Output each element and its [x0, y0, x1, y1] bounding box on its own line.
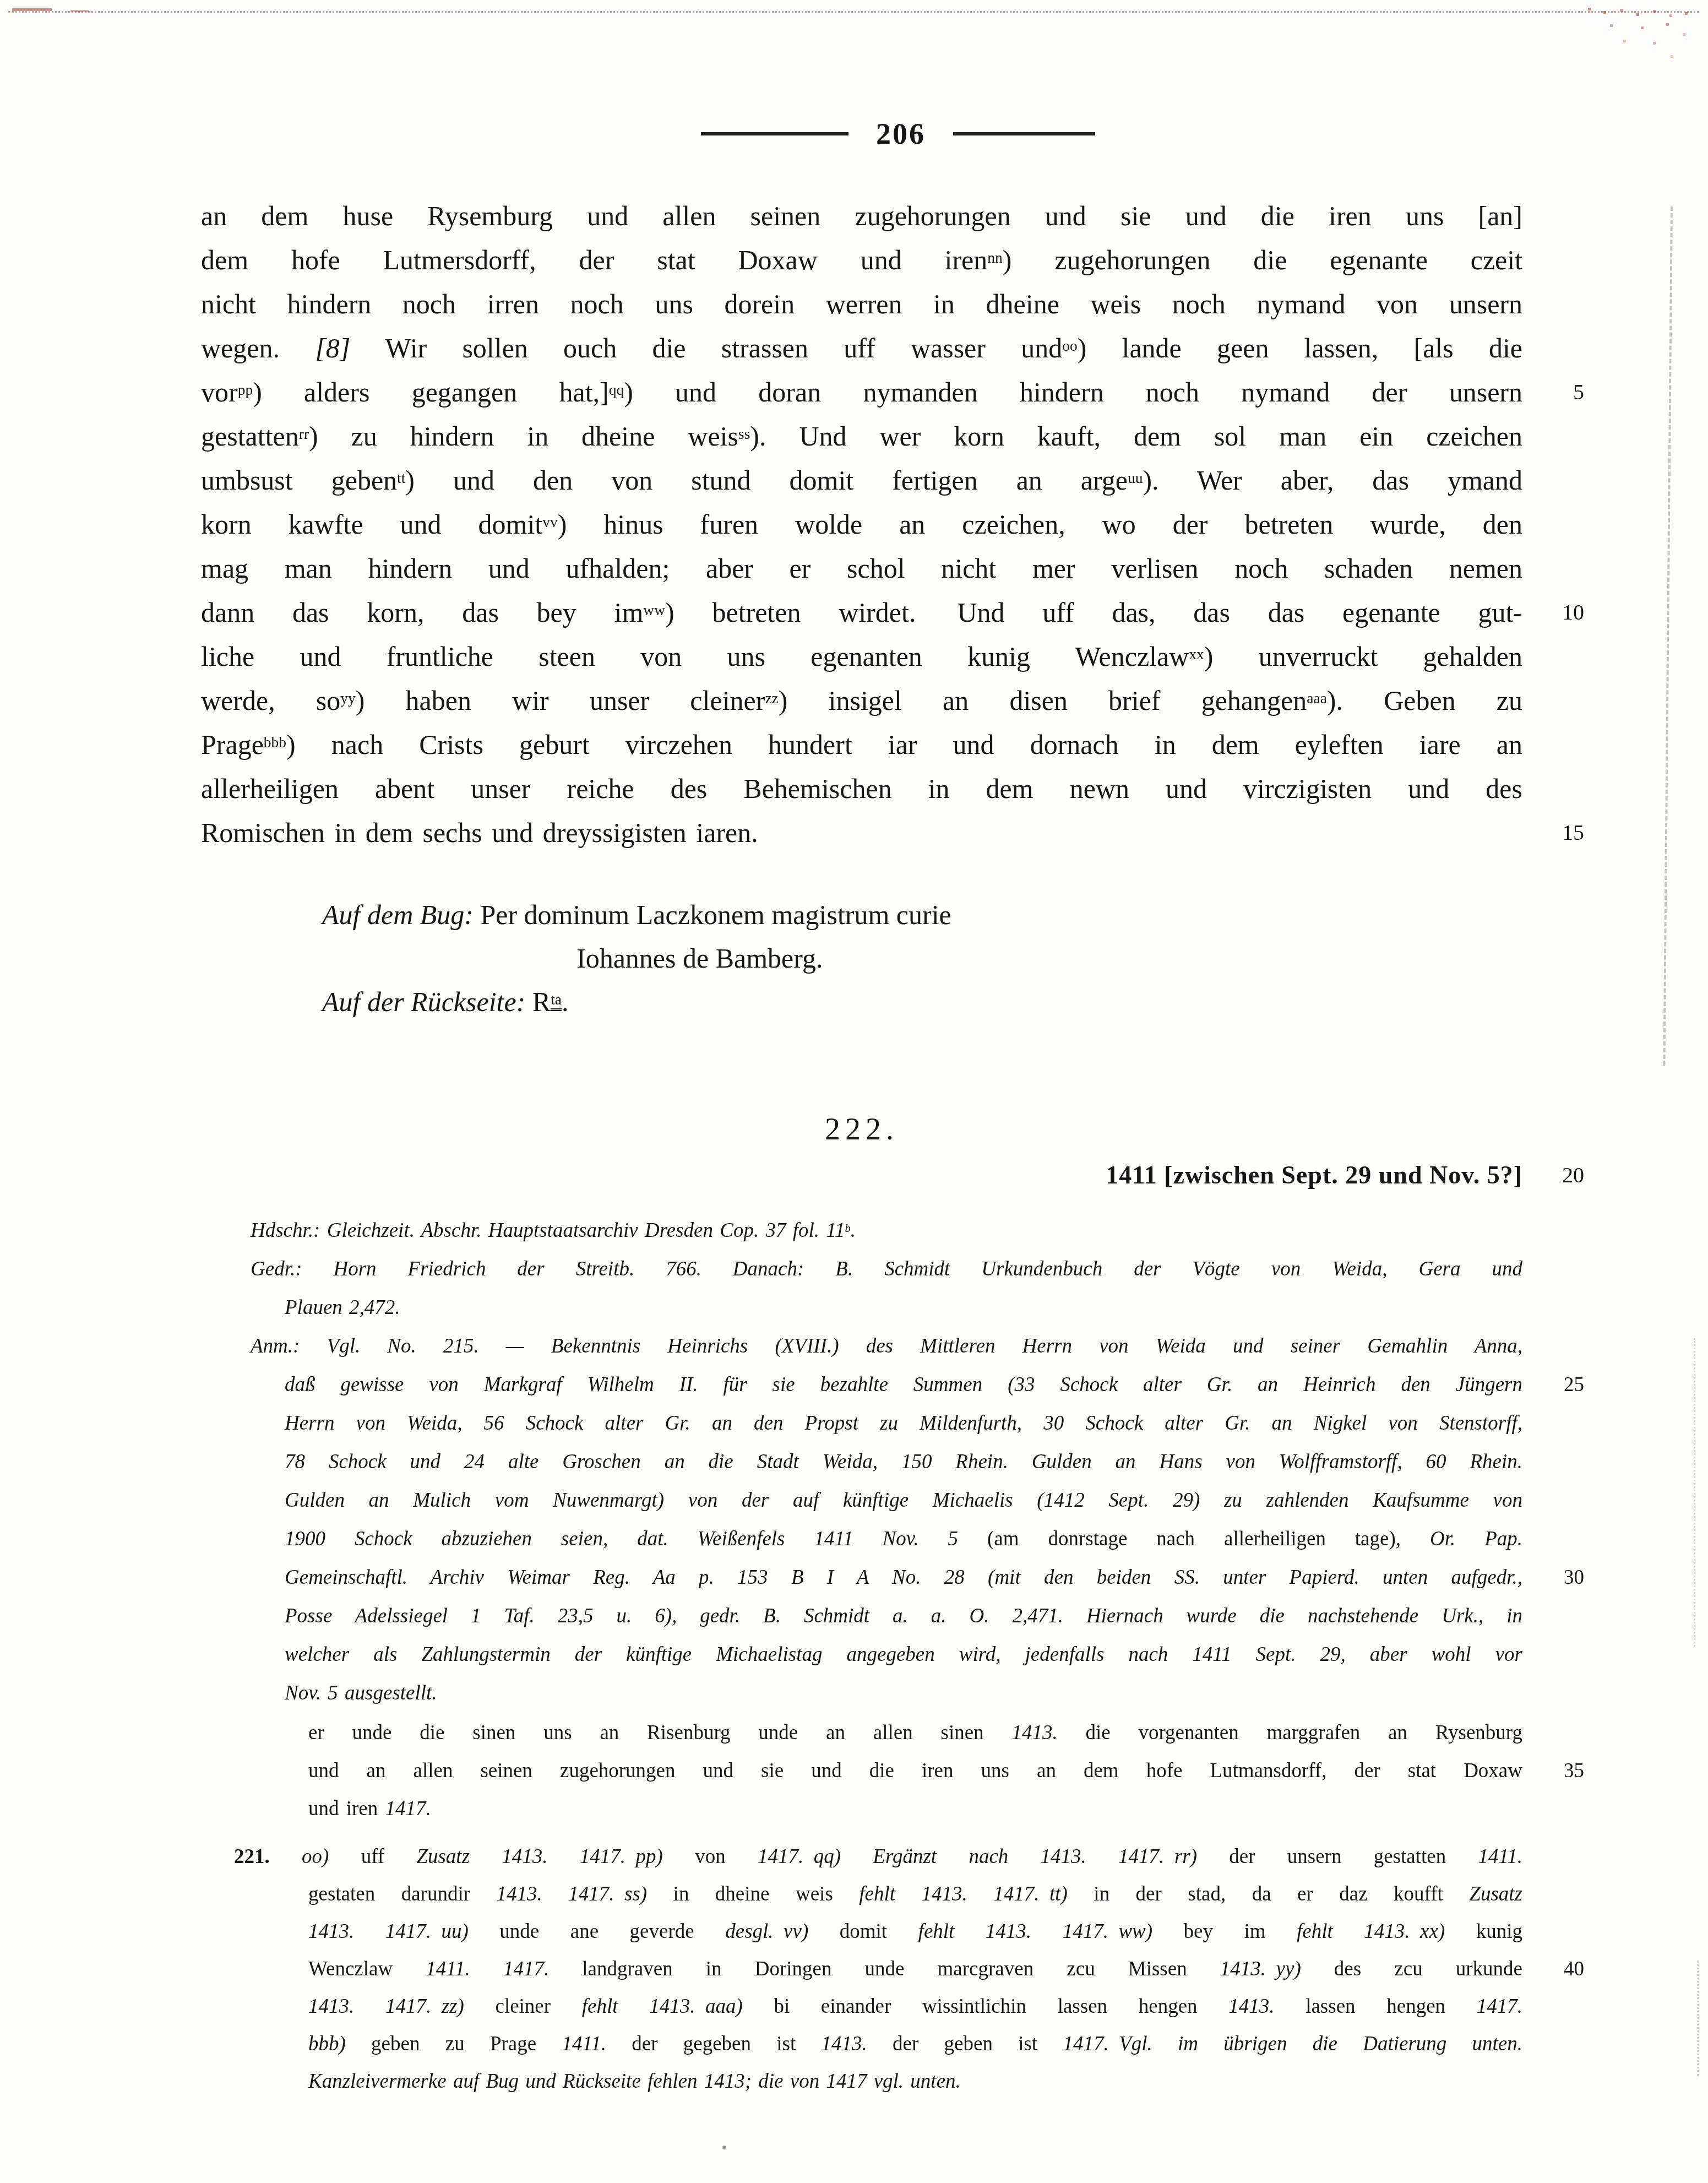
margin-line-number: 25: [1564, 1366, 1584, 1404]
text-line: allerheiligen abent unser reiche des Beh…: [201, 767, 1522, 811]
chancery-notes: Auf dem Bug: Per dominum Laczkonem magis…: [322, 893, 1533, 1024]
text-line: gestattenrr) zu hindern in dheine weisss…: [201, 414, 1522, 458]
text-line: Nov. 5 ausgestellt.: [251, 1674, 1522, 1713]
text-line: 1413. 1417. uu) unde ane geverde desgl. …: [234, 1913, 1522, 1951]
margin-line-number: 10: [1562, 590, 1584, 634]
red-pencil-mark-top-left-2: [70, 10, 89, 12]
text-line: Plauen 2,472.: [251, 1289, 1522, 1327]
margin-line-number: 15: [1562, 811, 1584, 855]
footnote-apparatus: 221. oo) uff Zusatz 1413. 1417. pp) von …: [234, 1838, 1522, 2100]
text-line: und an allen seinen zugehorungen und sie…: [308, 1752, 1522, 1790]
text-line: liche und fruntliche steen von uns egena…: [201, 634, 1522, 678]
header-rule-right: [953, 132, 1095, 135]
scan-mark-bottom: [722, 2146, 726, 2149]
red-speckle-cluster-top-right: [1588, 8, 1591, 10]
text-line: nicht hindern noch irren noch uns dorein…: [201, 282, 1522, 326]
text-line: welcher als Zahlungstermin der künftige …: [251, 1636, 1522, 1674]
text-line: Wenczlaw 1411. 1417. landgraven in Dorin…: [234, 1951, 1522, 1988]
red-pencil-mark-top-left: [12, 8, 52, 11]
text-line: Gedr.: Horn Friedrich der Streitb. 766. …: [251, 1250, 1522, 1289]
text-line: Gulden an Mulich vom Nuwenmargt) von der…: [251, 1481, 1522, 1520]
text-line: dann das korn, das bey imww) betreten wi…: [201, 590, 1522, 634]
text-line: werde, soyy) haben wir unser cleinerzz) …: [201, 678, 1522, 723]
text-line: gestaten darundir 1413. 1417. ss) in dhe…: [234, 1876, 1522, 1913]
text-line: Romischen in dem sechs und dreyssigisten…: [201, 811, 1522, 855]
text-line: 221. oo) uff Zusatz 1413. 1417. pp) von …: [234, 1838, 1522, 1876]
text-line: er unde die sinen uns an Risenburg unde …: [308, 1714, 1522, 1752]
text-line: Hdschr.: Gleichzeit. Abschr. Hauptstaats…: [251, 1212, 1522, 1250]
entry-date: 1411 [zwischen Sept. 29 und Nov. 5?]: [1106, 1161, 1522, 1189]
text-line: korn kawfte und domitvv) hinus furen wol…: [201, 502, 1522, 546]
scan-edge-line-right: [1663, 207, 1673, 1066]
text-line: Anm.: Vgl. No. 215. — Bekenntnis Heinric…: [251, 1327, 1522, 1366]
page-number: 206: [876, 119, 926, 149]
margin-line-number: 20: [1562, 1160, 1584, 1191]
text-line: an dem huse Rysemburg und allen seinen z…: [201, 194, 1522, 238]
text-line: wegen. [8] Wir sollen ouch die strassen …: [201, 326, 1522, 370]
text-line: Auf dem Bug: Per dominum Laczkonem magis…: [322, 893, 1533, 937]
header-rule-left: [701, 132, 848, 135]
text-line: bbb) geben zu Prage 1411. der gegeben is…: [234, 2025, 1522, 2063]
text-line: Pragebbb) nach Crists geburt virczehen h…: [201, 723, 1522, 767]
text-line: daß gewisse von Markgraf Wilhelm II. für…: [251, 1366, 1522, 1404]
variant-text-block: er unde die sinen uns an Risenburg unde …: [308, 1714, 1522, 1828]
text-line: mag man hindern und ufhalden; aber er sc…: [201, 546, 1522, 590]
entry-date-line: 1411 [zwischen Sept. 29 und Nov. 5?] 20: [201, 1160, 1522, 1191]
margin-line-number: 35: [1564, 1752, 1584, 1790]
text-line: 1413. 1417. zz) cleiner fehlt 1413. aaa)…: [234, 1988, 1522, 2025]
scan-edge-line-right-3: [1697, 1961, 1699, 2076]
text-line: Posse Adelssiegel 1 Taf. 23,5 u. 6), ged…: [251, 1597, 1522, 1636]
entry-number-heading: 222.: [201, 1111, 1522, 1148]
text-line: 1900 Schock abzuziehen seien, dat. Weiße…: [251, 1520, 1522, 1558]
text-line: Iohannes de Bamberg.: [576, 937, 1533, 980]
scan-edge-line-right-2: [1694, 1338, 1695, 1647]
text-line: umbsust gebentt) und den von stund domit…: [201, 458, 1522, 502]
text-line: Kanzleivermerke auf Bug und Rückseite fe…: [234, 2063, 1522, 2100]
text-line: Auf der Rückseite: Rta.: [322, 980, 1533, 1024]
text-line: Gemeinschaftl. Archiv Weimar Reg. Aa p. …: [251, 1558, 1522, 1597]
scanned-book-page: 206 an dem huse Rysemburg und allen sein…: [0, 0, 1708, 2183]
source-apparatus: Hdschr.: Gleichzeit. Abschr. Hauptstaats…: [251, 1212, 1522, 1713]
charter-text-paragraph: an dem huse Rysemburg und allen seinen z…: [201, 194, 1522, 855]
text-line: dem hofe Lutmersdorff, der stat Doxaw un…: [201, 238, 1522, 282]
running-head: 206: [237, 119, 1559, 149]
text-line: Herrn von Weida, 56 Schock alter Gr. an …: [251, 1404, 1522, 1443]
scan-noise-top-edge: [8, 11, 1699, 13]
margin-line-number: 30: [1564, 1558, 1584, 1597]
text-line: vorpp) alders gegangen hat,]qq) und dora…: [201, 370, 1522, 414]
margin-line-number: 5: [1573, 370, 1584, 414]
text-line: 78 Schock und 24 alte Groschen an die St…: [251, 1443, 1522, 1481]
margin-line-number: 40: [1564, 1951, 1584, 1988]
text-line: und iren 1417.: [308, 1790, 1522, 1828]
